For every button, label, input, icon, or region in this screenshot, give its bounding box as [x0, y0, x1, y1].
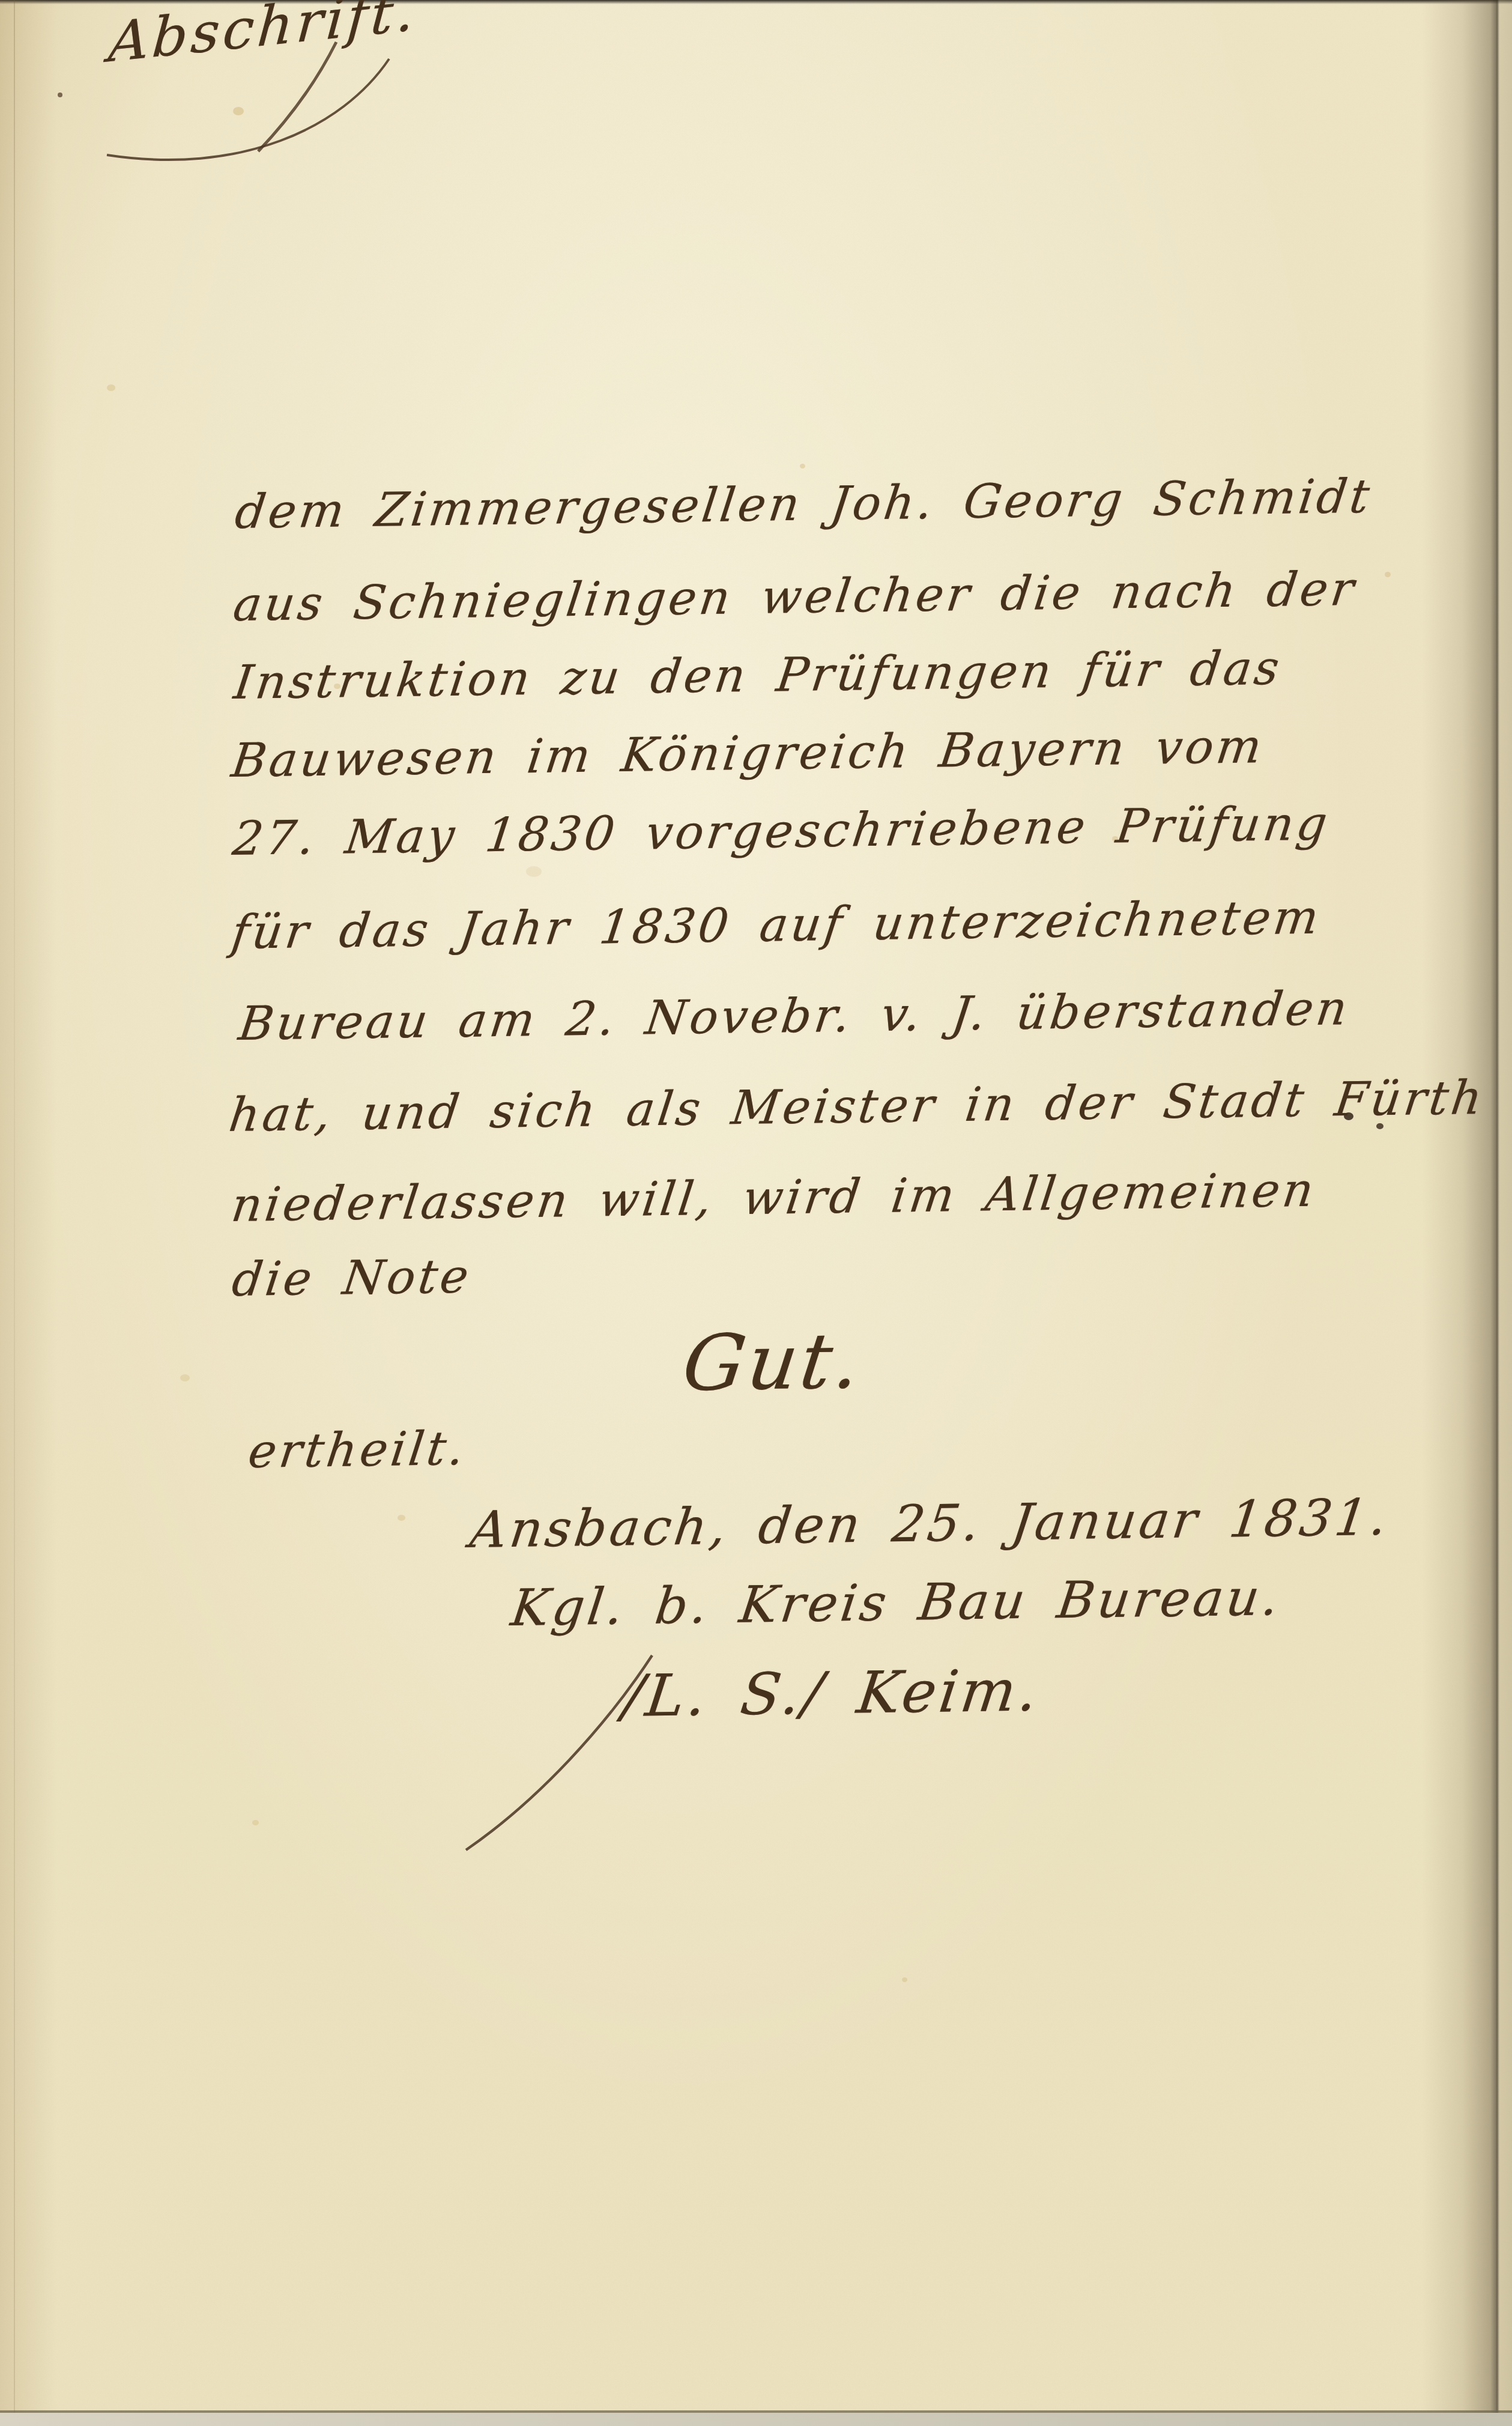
grade-verb: ertheilt. — [246, 1422, 470, 1479]
manuscript-line: dem Zimmergesellen Joh. Georg Schmidt — [232, 470, 1376, 539]
foxing-spot — [526, 866, 542, 877]
annotation-flourish — [107, 59, 389, 160]
manuscript-line: Bauwesen im Königreich Bayern vom — [229, 720, 1268, 788]
manuscript-line: die Note — [229, 1249, 475, 1307]
manuscript-line: niederlassen will, wird im Allgemeinen — [229, 1163, 1320, 1233]
copy-annotation: Abschrift. — [106, 0, 419, 74]
manuscript-line: aus Schnieglingen welcher die nach der — [231, 562, 1360, 632]
foxing-spot — [252, 1820, 259, 1825]
manuscript-line: 27. May 1830 vorgeschriebene Prüfung — [230, 797, 1333, 866]
signature: /L. S./ Keim. — [620, 1657, 1045, 1730]
foxing-spot — [398, 1515, 405, 1521]
ink-dot — [58, 92, 62, 97]
page-left-edge-shadow — [0, 0, 57, 2426]
signature-paraph-stroke — [466, 1655, 652, 1850]
foxing-spot — [107, 384, 115, 391]
foxing-spot — [180, 1374, 190, 1381]
dateline: Ansbach, den 25. Januar 1831. — [467, 1488, 1393, 1559]
annotation-descender — [258, 42, 336, 151]
foxing-spot — [1385, 572, 1391, 577]
manuscript-page: Abschrift. dem Zimmergesellen Joh. Georg… — [0, 0, 1512, 2426]
foxing-spot — [800, 464, 805, 469]
manuscript-line: hat, und sich als Meister in der Stadt F… — [226, 1071, 1488, 1142]
foxing-spot — [902, 1977, 907, 1982]
underlying-sheet-strip — [0, 2413, 1512, 2426]
office-line: Kgl. b. Kreis Bau Bureau. — [508, 1568, 1285, 1637]
manuscript-line: Bureau am 2. Novebr. v. J. überstanden — [236, 981, 1353, 1051]
manuscript-line: Instruktion zu den Prüfungen für das — [231, 641, 1285, 710]
manuscript-line: für das Jahr 1830 auf unterzeichnetem — [229, 891, 1325, 960]
foxing-spot — [233, 107, 244, 115]
page-right-edge-shadow — [1422, 0, 1512, 2426]
grade-text: Gut. — [678, 1317, 868, 1409]
paper-crease — [14, 0, 15, 2426]
